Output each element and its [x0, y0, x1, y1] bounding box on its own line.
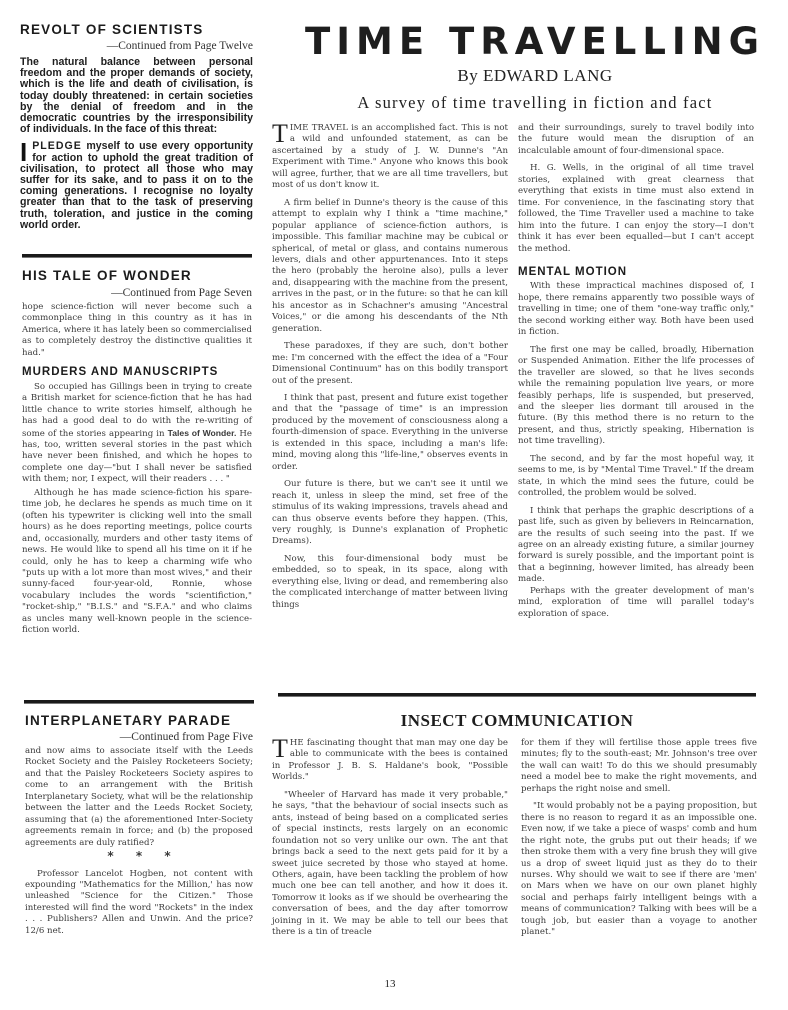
divider-rule: [24, 700, 254, 704]
time-column-1: TIME TRAVEL is an accomplished fact. Thi…: [272, 123, 508, 617]
time-paragraph: The second, and by far the most hopeful …: [518, 454, 754, 500]
time-paragraph: A firm belief in Dunne's theory is the c…: [272, 198, 508, 335]
parade-body: and now aims to associate itself with th…: [25, 746, 253, 937]
time-column-2: and their surroundings, surely to travel…: [518, 123, 754, 626]
article-title: TIME TRAVELLING: [290, 20, 780, 63]
time-paragraph: Perhaps with the greater development of …: [518, 586, 754, 620]
revolt-heading: REVOLT OF SCIENTISTS: [20, 22, 253, 37]
time-paragraph: TIME TRAVEL is an accomplished fact. Thi…: [272, 123, 508, 192]
wonder-body: hope science-fiction will never become s…: [22, 302, 252, 637]
revolt-section: REVOLT OF SCIENTISTS —Continued from Pag…: [20, 22, 253, 231]
wonder-paragraph: So occupied has Gillings been in trying …: [22, 382, 252, 486]
parade-section: INTERPLANETARY PARADE —Continued from Pa…: [25, 713, 253, 943]
time-paragraph: and their surroundings, surely to travel…: [518, 123, 754, 157]
section-separator: * * *: [25, 851, 253, 862]
insect-paragraph: "Wheeler of Harvard has made it very pro…: [272, 790, 508, 939]
time-paragraph: I think that perhaps the graphic descrip…: [518, 506, 754, 586]
dropcap: T: [272, 739, 288, 759]
wonder-section: HIS TALE OF WONDER —Continued from Page …: [22, 268, 252, 643]
insect-paragraph: THE fascinating thought that man may one…: [272, 738, 508, 784]
wonder-continued: —Continued from Page Seven: [22, 287, 252, 299]
parade-paragraph: Professor Lancelot Hogben, not content w…: [25, 869, 253, 938]
wonder-paragraph: Although he has made science-fiction his…: [22, 488, 252, 637]
divider-rule: [278, 693, 756, 697]
parade-heading: INTERPLANETARY PARADE: [25, 713, 253, 728]
wonder-subheading: MURDERS AND MANUSCRIPTS: [22, 367, 252, 378]
dropcap: T: [272, 124, 288, 144]
insect-title: INSECT COMMUNICATION: [272, 711, 762, 731]
parade-continued: —Continued from Page Five: [25, 731, 253, 743]
revolt-intro: The natural balance between personal fre…: [20, 57, 253, 135]
wonder-paragraph: hope science-fiction will never become s…: [22, 302, 252, 359]
revolt-pledge: IPLEDGE myself to use every opportunity …: [20, 141, 253, 231]
divider-rule: [22, 254, 252, 258]
article-byline: By EDWARD LANG: [290, 66, 780, 86]
insect-paragraph: "It would probably not be a paying propo…: [521, 801, 757, 938]
time-paragraph: I think that past, present and future ex…: [272, 393, 508, 473]
article-standfirst: A survey of time travelling in fiction a…: [290, 93, 780, 113]
mental-motion-subheading: MENTAL MOTION: [518, 267, 754, 278]
time-paragraph: Now, this four-dimensional body must be …: [272, 554, 508, 611]
pledge-dropcap: I: [20, 142, 27, 163]
revolt-continued: —Continued from Page Twelve: [20, 40, 253, 52]
insect-column-1: THE fascinating thought that man may one…: [272, 738, 508, 945]
magazine-title: Tales of Wonder.: [168, 428, 237, 438]
time-paragraph: These paradoxes, if they are such, don't…: [272, 341, 508, 387]
insect-column-2: for them if they will fertilise those ap…: [521, 738, 757, 945]
parade-paragraph: and now aims to associate itself with th…: [25, 746, 253, 849]
time-paragraph: H. G. Wells, in the original of all time…: [518, 163, 754, 255]
time-paragraph: Our future is there, but we can't see it…: [272, 479, 508, 548]
time-paragraph: The first one may be called, broadly, Hi…: [518, 345, 754, 448]
wonder-heading: HIS TALE OF WONDER: [22, 268, 252, 283]
time-paragraph: With these impractical machines disposed…: [518, 281, 754, 338]
page-number: 13: [360, 978, 420, 990]
pledge-lead: PLEDGE: [32, 140, 82, 152]
insect-paragraph: for them if they will fertilise those ap…: [521, 738, 757, 795]
pledge-text: myself to use every opportunity for acti…: [20, 140, 253, 230]
